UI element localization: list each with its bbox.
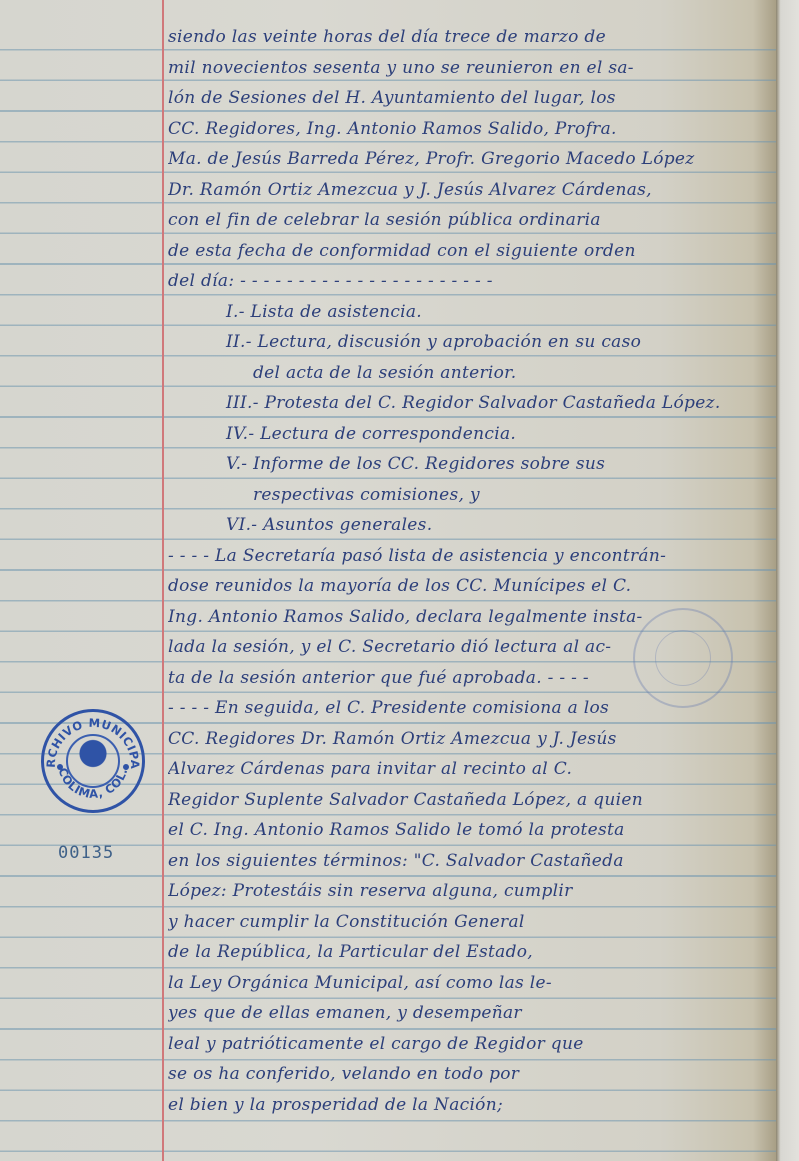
text-line: ta de la sesión anterior que fué aprobad… [168,663,774,694]
text-line: y hacer cumplir la Constitución General [168,907,774,938]
text-line: de la República, la Particular del Estad… [168,937,774,968]
agenda-item: V.- Informe de los CC. Regidores sobre s… [168,449,774,480]
text-line: con el fin de celebrar la sesión pública… [168,205,774,236]
text-line: el C. Ing. Antonio Ramos Salido le tomó … [168,815,774,846]
text-line: en los siguientes términos: "C. Salvador… [168,846,774,877]
agenda-item: VI.- Asuntos generales. [168,510,774,541]
document-page: ARCHIVO MUNICIPAL COLIMA, COL. 00135 sie… [0,0,776,1161]
stamp-star-left-icon [57,764,63,770]
text-line: siendo las veinte horas del día trece de… [168,22,774,53]
agenda-item-continuation: respectivas comisiones, y [168,480,774,511]
text-line: CC. Regidores, Ing. Antonio Ramos Salido… [168,114,774,145]
text-line: mil novecientos sesenta y uno se reunier… [168,53,774,84]
text-line: dose reunidos la mayoría de los CC. Muní… [168,571,774,602]
red-margin-line [162,0,164,1161]
adjacent-page-edge [776,0,799,1161]
text-line: CC. Regidores Dr. Ramón Ortiz Amezcua y … [168,724,774,755]
text-line: del día: - - - - - - - - - - - - - - - -… [168,266,774,297]
text-line: Alvarez Cárdenas para invitar al recinto… [168,754,774,785]
text-line: la Ley Orgánica Municipal, así como las … [168,968,774,999]
text-line: Ing. Antonio Ramos Salido, declara legal… [168,602,774,633]
text-line: leal y patrióticamente el cargo de Regid… [168,1029,774,1060]
text-line: de esta fecha de conformidad con el sigu… [168,236,774,267]
text-line: Dr. Ramón Ortiz Amezcua y J. Jesús Alvar… [168,175,774,206]
agenda-item: I.- Lista de asistencia. [168,297,774,328]
text-line: - - - - En seguida, el C. Presidente com… [168,693,774,724]
stamp-emblem-icon [66,734,120,788]
text-line: López: Protestáis sin reserva alguna, cu… [168,876,774,907]
agenda-item-continuation: del acta de la sesión anterior. [168,358,774,389]
text-line: se os ha conferido, velando en todo por [168,1059,774,1090]
agenda-item: III.- Protesta del C. Regidor Salvador C… [168,388,774,419]
text-line: lada la sesión, y el C. Secretario dió l… [168,632,774,663]
text-line: el bien y la prosperidad de la Nación; [168,1090,774,1121]
text-line: yes que de ellas emanen, y desempeñar [168,998,774,1029]
agenda-item: II.- Lectura, discusión y aprobación en … [168,327,774,358]
stamp-star-right-icon [123,764,129,770]
folio-number: 00135 [58,843,114,863]
handwritten-text: siendo las veinte horas del día trece de… [168,22,774,1120]
text-line: Ma. de Jesús Barreda Pérez, Profr. Grego… [168,144,774,175]
text-line: - - - - La Secretaría pasó lista de asis… [168,541,774,572]
archive-stamp: ARCHIVO MUNICIPAL COLIMA, COL. [41,709,145,813]
agenda-item: IV.- Lectura de correspondencia. [168,419,774,450]
text-line: lón de Sesiones del H. Ayuntamiento del … [168,83,774,114]
text-line: Regidor Suplente Salvador Castañeda Lópe… [168,785,774,816]
